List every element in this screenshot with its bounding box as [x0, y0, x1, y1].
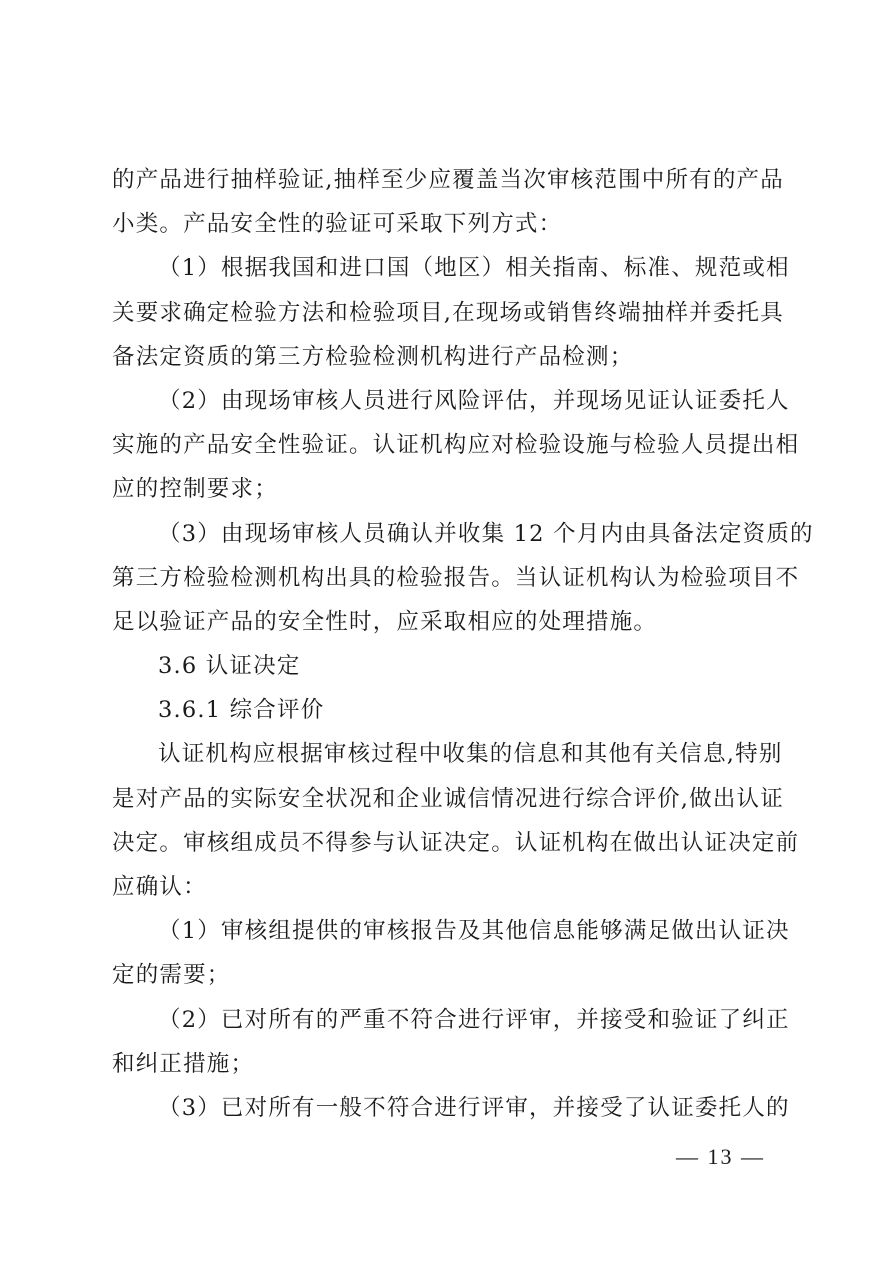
body-line: 决定。审核组成员不得参与认证决定。认证机构在做出认证决定前	[112, 821, 782, 865]
body-line: 是对产品的实际安全状况和企业诚信情况进行综合评价,做出认证	[112, 777, 782, 821]
body-line: 和纠正措施；	[112, 1042, 782, 1086]
body-line: 应确认：	[112, 865, 782, 909]
body-line: 应的控制要求；	[112, 467, 782, 511]
list-item-line: （2）由现场审核人员进行风险评估，并现场见证认证委托人	[112, 379, 782, 423]
section-heading: 3.6 认证决定	[112, 644, 782, 688]
body-line: 定的需要；	[112, 953, 782, 997]
body-line: 实施的产品安全性验证。认证机构应对检验设施与检验人员提出相	[112, 423, 782, 467]
document-page: 的产品进行抽样验证,抽样至少应覆盖当次审核范围中所有的产品 小类。产品安全性的验…	[112, 158, 782, 1130]
subsection-heading: 3.6.1 综合评价	[112, 688, 782, 732]
list-item-line: （1）审核组提供的审核报告及其他信息能够满足做出认证决	[112, 909, 782, 953]
paragraph-line: 认证机构应根据审核过程中收集的信息和其他有关信息,特别	[112, 732, 782, 776]
list-item-line: （3）由现场审核人员确认并收集 12 个月内由具备法定资质的	[112, 512, 782, 556]
page-number: — 13 —	[676, 1144, 765, 1170]
list-item-line: （3）已对所有一般不符合进行评审，并接受了认证委托人的	[112, 1086, 782, 1130]
body-line: 足以验证产品的安全性时，应采取相应的处理措施。	[112, 600, 782, 644]
body-line: 小类。产品安全性的验证可采取下列方式：	[112, 202, 782, 246]
body-line: 的产品进行抽样验证,抽样至少应覆盖当次审核范围中所有的产品	[112, 158, 782, 202]
body-line: 关要求确定检验方法和检验项目,在现场或销售终端抽样并委托具	[112, 291, 782, 335]
list-item-line: （2）已对所有的严重不符合进行评审，并接受和验证了纠正	[112, 998, 782, 1042]
body-line: 第三方检验检测机构出具的检验报告。当认证机构认为检验项目不	[112, 556, 782, 600]
list-item-line: （1）根据我国和进口国（地区）相关指南、标准、规范或相	[112, 246, 782, 290]
body-line: 备法定资质的第三方检验检测机构进行产品检测；	[112, 335, 782, 379]
